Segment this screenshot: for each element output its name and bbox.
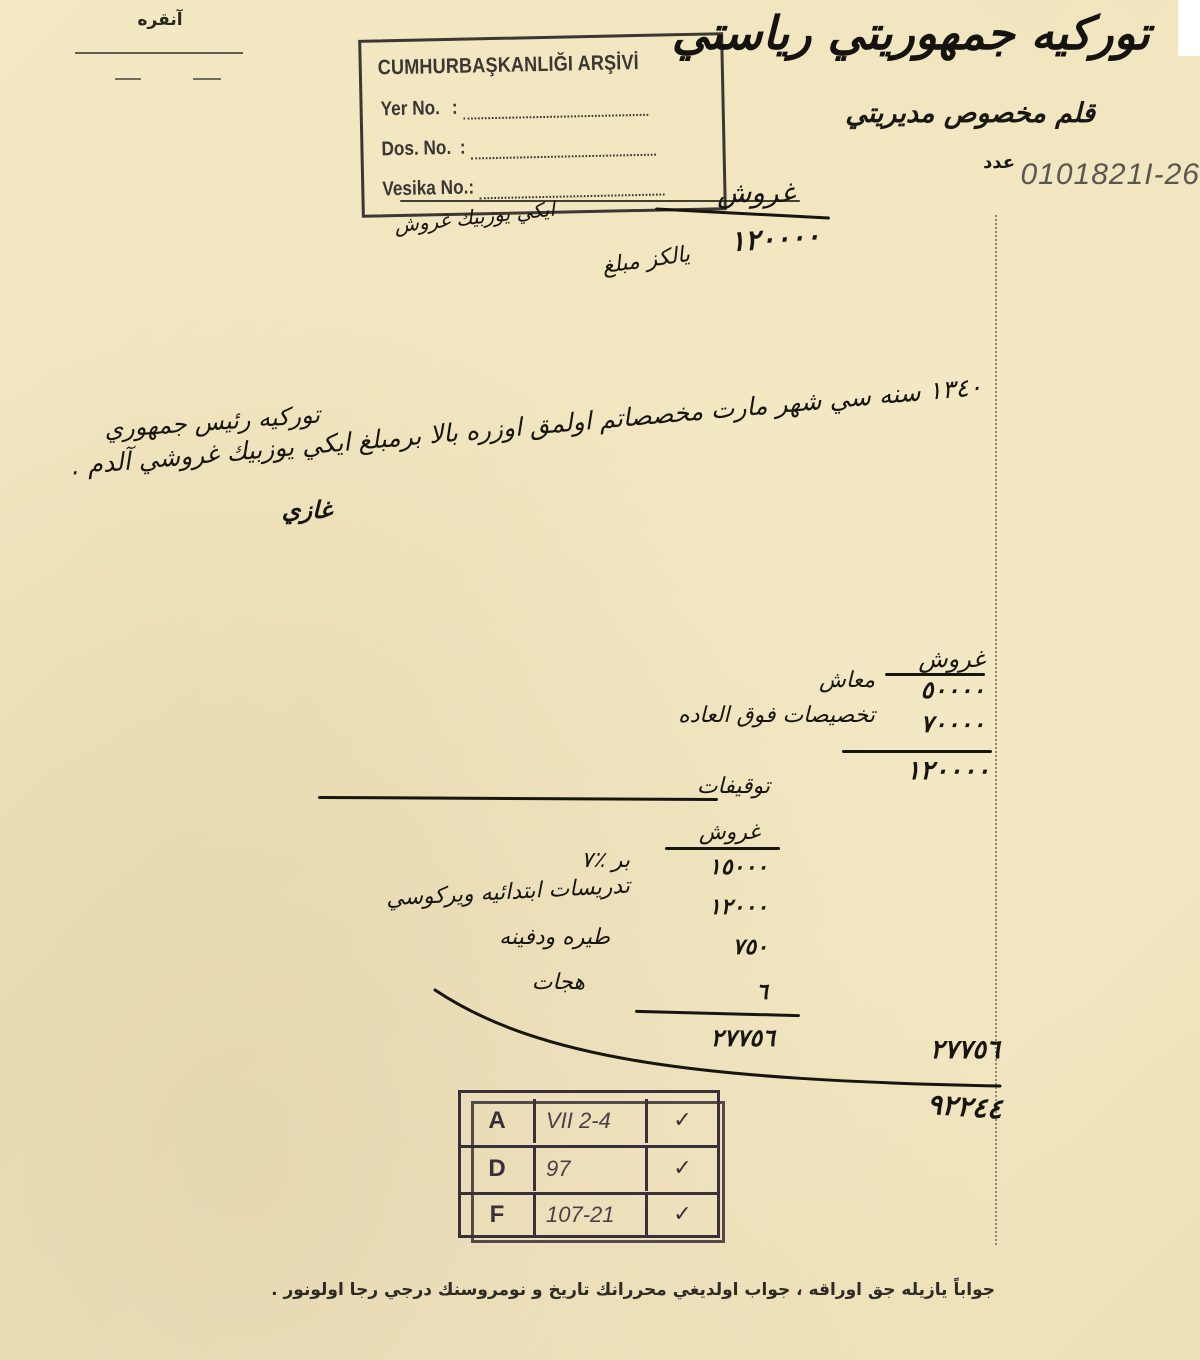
classification-row: F 107-21 ✓ (461, 1193, 717, 1237)
document-page: آنقره CUMHURBAŞKANLIĞI ARŞİVİ Yer No.: D… (0, 0, 1200, 1360)
classification-value: 97 (533, 1147, 645, 1191)
net-deduction: ٢٧٧٥٦ (930, 1035, 1000, 1065)
classification-key: F (461, 1193, 533, 1237)
check-icon: ✓ (645, 1147, 717, 1191)
classification-row: A VII 2-4 ✓ (461, 1099, 717, 1143)
check-icon: ✓ (645, 1193, 717, 1237)
check-icon: ✓ (645, 1099, 717, 1143)
classification-value: VII 2-4 (533, 1099, 645, 1143)
footer-note: جواباً يازيله جق اوراقه ، جواب اولديغي م… (295, 1280, 995, 1300)
classification-row: D 97 ✓ (461, 1147, 717, 1191)
classification-key: D (461, 1147, 533, 1191)
classification-stamp: A VII 2-4 ✓ D 97 ✓ F 107-21 ✓ (458, 1090, 720, 1238)
classification-key: A (461, 1099, 533, 1143)
classification-value: 107-21 (533, 1193, 645, 1237)
net-payable: ٩٢٢٤٤ (926, 1087, 1003, 1125)
